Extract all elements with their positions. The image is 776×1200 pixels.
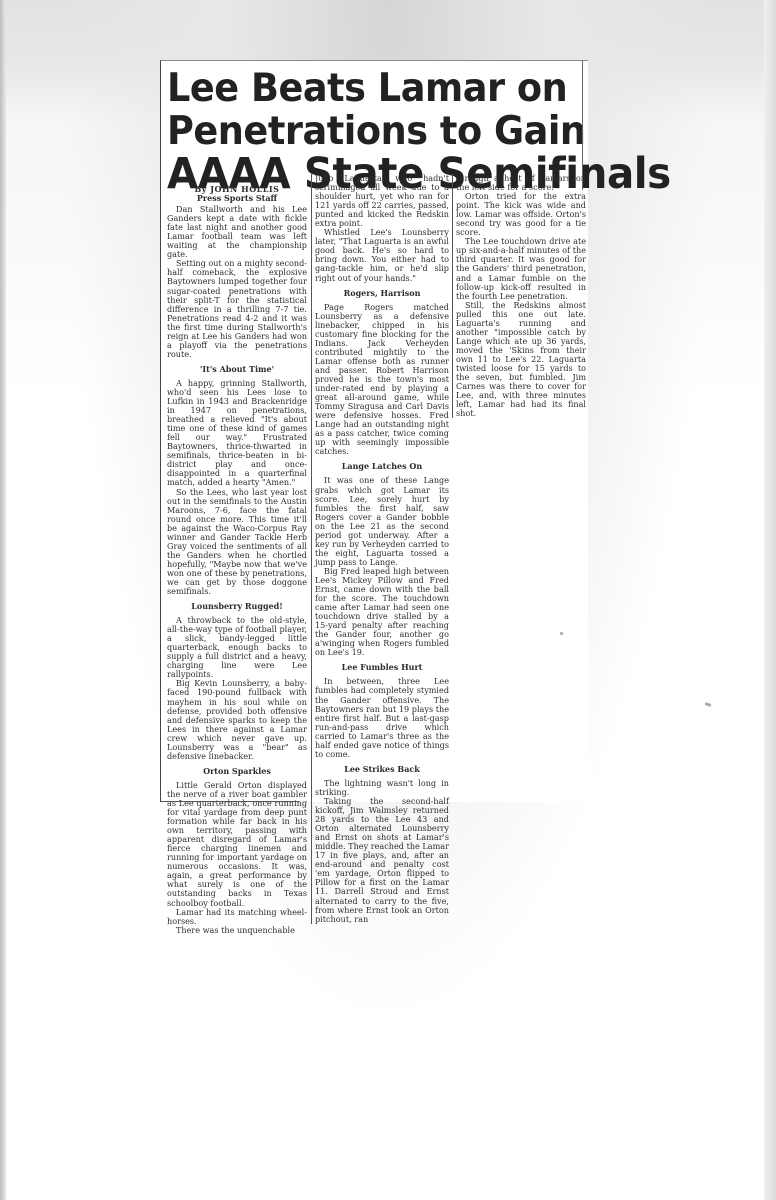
section-subhead: Orton Sparkles [167,767,307,776]
article-paragraph: In between, three Lee fumbles had comple… [315,677,449,758]
article-paragraph: Big Kevin Lounsberry, a baby-faced 190-p… [167,679,307,760]
article-column-1: By JOHN HOLLIS Press Sports Staff Dan St… [167,175,307,935]
article-paragraph: Still, the Redskins almost pulled this o… [456,301,586,419]
article-column-2: Julio Laguarta, who hadn't scrimmaged al… [311,174,449,924]
article-paragraph: A happy, grinning Stallworth, who'd seen… [167,379,307,488]
newspaper-clipping: Lee Beats Lamar on Penetrations to Gain … [160,60,588,802]
headline-line-2: Penetrations to Gain [167,110,562,153]
article-paragraph: Taking the second-half kickoff, Jim Walm… [315,797,449,924]
staff-line: Press Sports Staff [167,194,307,203]
article-paragraph: The lightning wasn't long in striking. [315,779,449,797]
article-paragraph: Orton tried for the extra point. The kic… [456,192,586,237]
section-subhead: Lange Latches On [315,462,449,471]
article-column-3: through a host of Lamars on the left sid… [452,174,586,418]
headline-line-1: Lee Beats Lamar on [167,67,562,110]
section-subhead: Lee Fumbles Hurt [315,663,449,672]
article-paragraph: It was one of these Lange grabs which go… [315,476,449,566]
article-paragraph: Big Fred leaped high between Lee's Micke… [315,567,449,657]
article-paragraph: Page Rogers matched Lounsberry as a defe… [315,303,449,457]
clipping-bottom-rule [161,801,299,802]
page-right-edge [764,0,776,1200]
section-subhead: Lee Strikes Back [315,765,449,774]
section-subhead: 'It's About Time' [167,365,307,374]
article-paragraph: Whistled Lee's Lounsberry later, "That L… [315,228,449,282]
page-left-edge [0,0,6,1200]
article-paragraph: Setting out on a mighty second-half come… [167,259,307,359]
section-subhead: Lounsberry Rugged! [167,602,307,611]
article-paragraph: Lamar had its matching wheel-horses. [167,908,307,926]
article-paragraph: Julio Laguarta, who hadn't scrimmaged al… [315,174,449,228]
article-paragraph: The Lee touchdown drive ate up six-and-a… [456,237,586,300]
article-paragraph: Dan Stallworth and his Lee Ganders kept … [167,205,307,259]
article-paragraph: There was the unquenchable [167,926,307,935]
clipping-right-border [582,60,583,190]
article-paragraph: through a host of Lamars on the left sid… [456,174,586,192]
section-subhead: Rogers, Harrison [315,289,449,298]
article-paragraph: Little Gerald Orton displayed the nerve … [167,781,307,908]
article-paragraph: So the Lees, who last year lost out in t… [167,488,307,597]
article-paragraph: A throwback to the old-style, all-the-wa… [167,616,307,679]
